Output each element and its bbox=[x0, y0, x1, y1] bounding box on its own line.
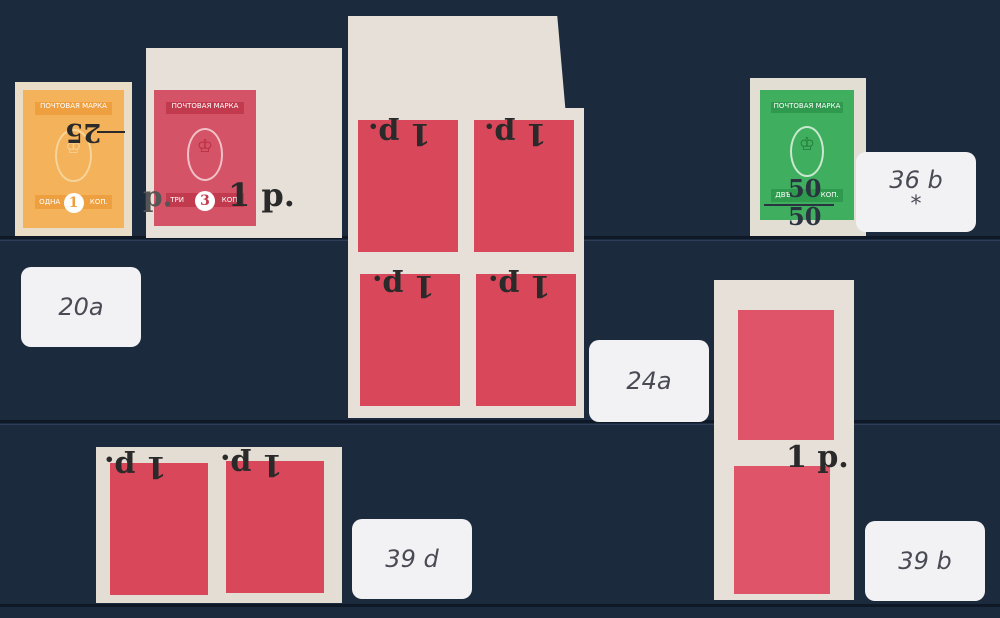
stamp-design bbox=[738, 310, 834, 440]
overprint-bar bbox=[764, 204, 834, 206]
label-text: 39 b bbox=[898, 549, 951, 573]
catalogue-label-39b: 39 b bbox=[865, 521, 985, 601]
overprint-50-top: 50 bbox=[788, 174, 821, 203]
overprint-1r-inverted: 1 р. bbox=[484, 116, 547, 151]
stamp-green-2kop[interactable]: ПОЧТОВАЯ МАРКА ♔ ДВѢ КОП. 50 50 bbox=[750, 78, 866, 236]
overprint-1r-inverted: 1 р. bbox=[372, 268, 435, 303]
value-kop: КОП. bbox=[821, 191, 839, 199]
label-text: 36 b bbox=[889, 168, 942, 192]
sheet-margin bbox=[348, 16, 566, 116]
overprint-1r-inverted: 1 р. bbox=[368, 116, 431, 151]
eagle-icon: ♔ bbox=[760, 134, 854, 155]
value-kop: КОП. bbox=[90, 198, 108, 206]
overprint-1r-inverted: 1 р. bbox=[488, 268, 551, 303]
label-text: 24a bbox=[626, 369, 671, 393]
stamp-imperf-pair[interactable]: 1 р. 1 р. bbox=[96, 447, 342, 603]
overprint-r-partial: р. bbox=[143, 180, 172, 213]
overprint-1r-inverted: 1 р. bbox=[104, 449, 167, 484]
asterisk-mark: * bbox=[911, 194, 922, 216]
catalogue-label-36b: 36 b * bbox=[856, 152, 976, 232]
stockcard-strip-line bbox=[0, 604, 1000, 607]
eagle-icon: ♔ bbox=[154, 136, 256, 157]
stamp-banner-text: ПОЧТОВАЯ МАРКА bbox=[771, 102, 842, 114]
overprint-50-bottom: 50 bbox=[788, 202, 821, 231]
value-number: 3 bbox=[195, 191, 215, 211]
stamp-banner-text: ПОЧТОВАЯ МАРКА bbox=[35, 102, 112, 114]
stamp-block-of-four[interactable]: 1 р. 1 р. 1 р. 1 р. bbox=[348, 108, 584, 418]
value-number: 1 bbox=[64, 193, 84, 213]
stamp-orange-1kop[interactable]: ПОЧТОВАЯ МАРКА ♔ ОДНА КОП. 1 25 bbox=[15, 82, 132, 236]
stamp-imperf-vertical-pair[interactable]: 1 р. bbox=[714, 280, 854, 600]
overprint-1r-inverted: 1 р. bbox=[220, 447, 283, 482]
catalogue-label-20a: 20a bbox=[21, 267, 141, 347]
stamp-design: ПОЧТОВАЯ МАРКА ♔ ОДНА КОП. 1 bbox=[23, 90, 124, 228]
overprint-25-inverted: 25 bbox=[65, 117, 101, 147]
label-text: 20a bbox=[58, 295, 103, 319]
catalogue-label-24a: 24a bbox=[589, 340, 709, 422]
overprint-bar bbox=[97, 131, 125, 133]
label-text: 39 d bbox=[385, 547, 438, 571]
value-word: ОДНА bbox=[39, 198, 60, 206]
stamp-banner-text: ПОЧТОВАЯ МАРКА bbox=[166, 102, 244, 114]
stamp-design bbox=[734, 466, 830, 594]
overprint-1r: 1 р. bbox=[228, 176, 295, 214]
catalogue-label-39d: 39 d bbox=[352, 519, 472, 599]
overprint-1r: 1 р. bbox=[786, 440, 849, 475]
